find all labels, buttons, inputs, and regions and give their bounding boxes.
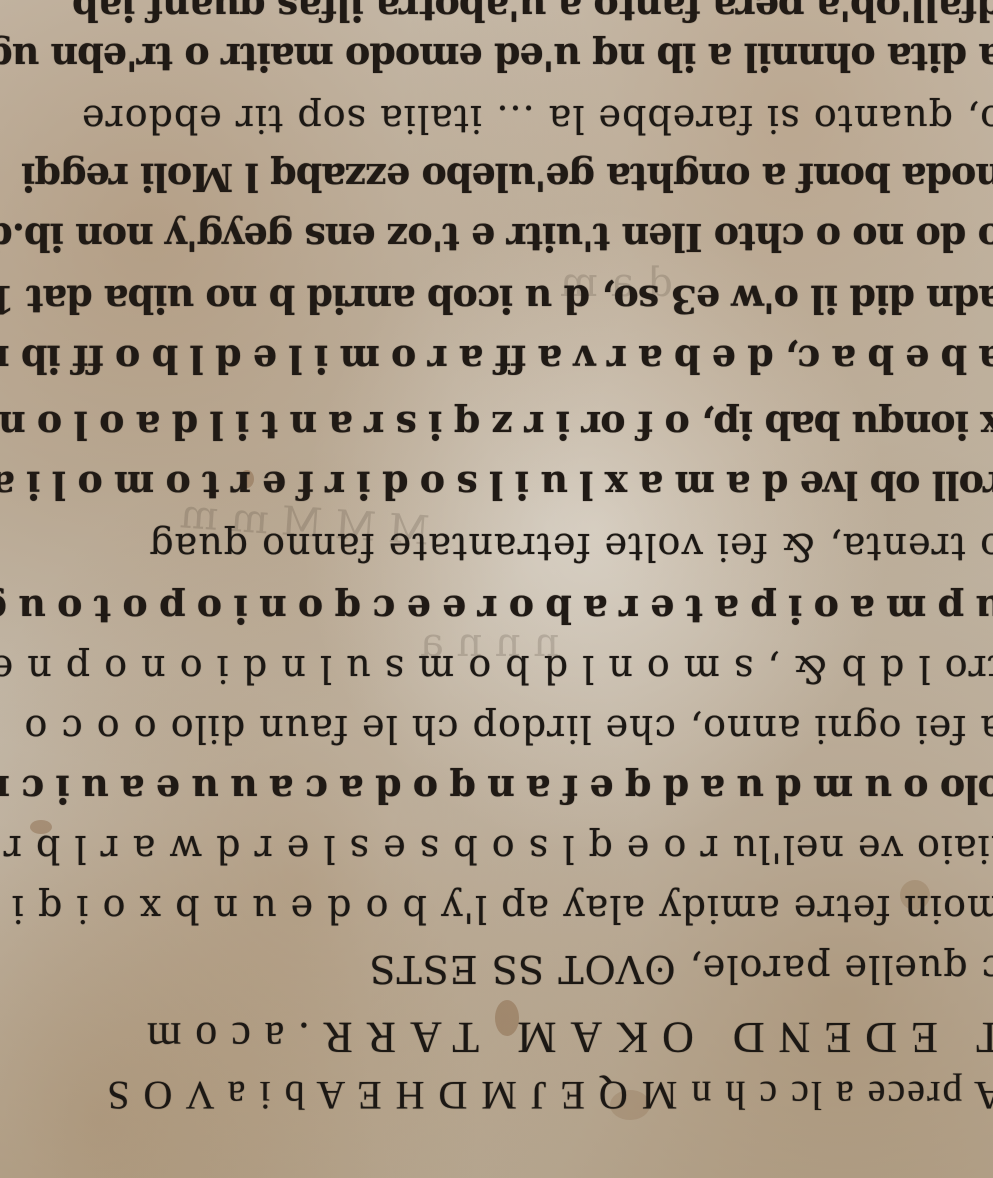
text-line: o trenta, & fei volte fetrantate fanno q… bbox=[0, 524, 993, 570]
printed-text-block: dfall'ob'a pera fanto a u'abotra ilfas q… bbox=[0, 0, 993, 1178]
text-line: liaio ve nel'lu r o e q l s o b s e s l … bbox=[0, 826, 993, 872]
text-line: tro l d b & , s m o n l d b o m s u l n … bbox=[0, 646, 993, 692]
text-line: x ionqu bab ip, o f or i r z q i s r a n… bbox=[0, 402, 993, 448]
text-line: o, quanto si farebbe la ... italia sop t… bbox=[0, 96, 993, 142]
text-line-capitals: T EDEND OKAM TARR.acom bbox=[0, 1014, 993, 1060]
text-line: a b e b a c, d e b a r v a ff a r o m i … bbox=[0, 336, 993, 382]
text-line: u p m a o i p a t e r a b o r e e c q o … bbox=[0, 586, 993, 632]
text-line: adn did il o'w e3 so, d u icob anrid b n… bbox=[0, 276, 993, 322]
text-line: moin fetre amidy alay ap l'y b o d e u n… bbox=[0, 886, 993, 932]
text-line: c quelle parole, ʘVOT SS ESTS bbox=[0, 946, 993, 992]
text-line: o do no o chto Ilen t'uitr e t'oz ens ge… bbox=[0, 214, 993, 260]
text-line: dfall'ob'a pera fanto a u'abotra ilfas q… bbox=[0, 0, 993, 30]
text-line-capitals: A prece a lc c h n M Q E J M D H E A b i… bbox=[0, 1072, 993, 1118]
text-line: a dita ohnnil a ib nq u'ed emodo maitr o… bbox=[0, 34, 993, 80]
text-line: roll ob lve d a m a x l u i l s o d i r … bbox=[0, 462, 993, 508]
text-line: a fei ogni anno, che lirdop ch le faun d… bbox=[0, 706, 993, 752]
text-line: noda bonf a onghta ge'ulebo ezzabq l Mol… bbox=[0, 154, 993, 200]
text-line: olo o u m d u a d q e f a n q o d a c a … bbox=[0, 766, 993, 812]
document-page: M M M m m n n n a d a m dfall'ob'a pera … bbox=[0, 0, 993, 1178]
